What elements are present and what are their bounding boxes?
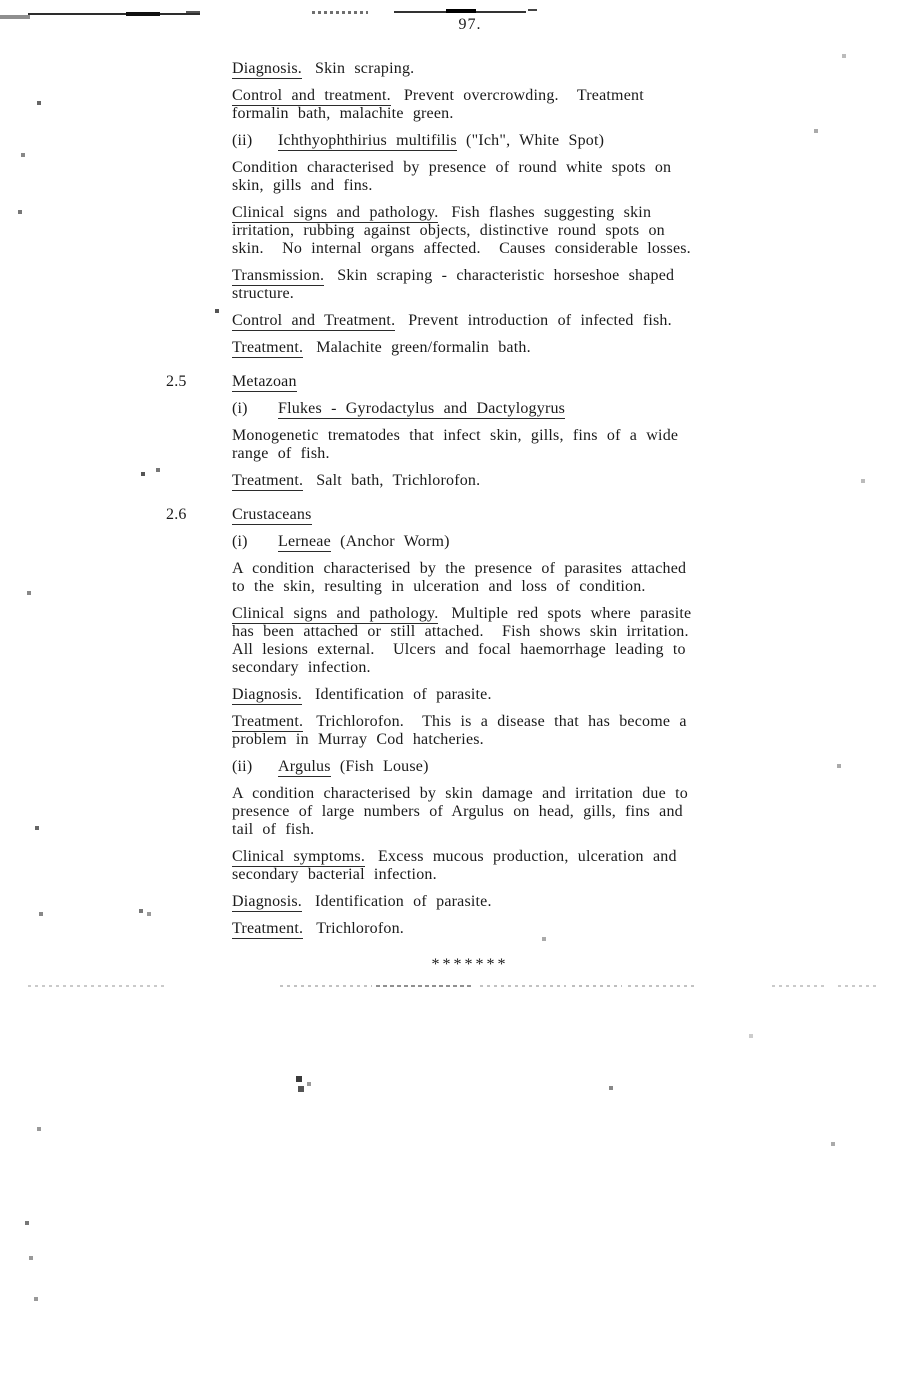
paragraph-lead: Treatment. <box>232 339 303 358</box>
document-content: Diagnosis.Skin scraping.Control and trea… <box>232 60 832 974</box>
text-line: Treatment.Trichlorofon. This is a diseas… <box>232 713 832 731</box>
text-line: Treatment.Salt bath, Trichlorofon. <box>232 472 832 490</box>
paragraph: Control and Treatment.Prevent introducti… <box>232 312 832 330</box>
item-heading: (i)Lerneae (Anchor Worm) <box>232 533 832 551</box>
paragraph-lead: Treatment. <box>232 920 303 939</box>
item-name-suffix: (Anchor Worm) <box>331 533 450 550</box>
text-line: secondary bacterial infection. <box>232 866 832 884</box>
section-number: 2.6 <box>166 506 187 524</box>
text-line: has been attached or still attached. Fis… <box>232 623 832 641</box>
item-heading: (i)Flukes - Gyrodactylus and Dactylogyru… <box>232 400 832 418</box>
item-marker: (ii) <box>232 758 278 776</box>
text-line: structure. <box>232 285 832 303</box>
scan-speckles <box>0 0 2 2</box>
text-line: Control and treatment.Prevent overcrowdi… <box>232 87 832 105</box>
item-name: Ichthyophthirius multifilis <box>278 132 457 151</box>
paragraph-lead: Diagnosis. <box>232 686 302 705</box>
paragraph: Treatment.Trichlorofon. This is a diseas… <box>232 713 832 749</box>
section-number: 2.5 <box>166 373 187 391</box>
scan-artifact-line <box>446 9 476 13</box>
text-line: Clinical signs and pathology.Multiple re… <box>232 605 832 623</box>
item-marker: (ii) <box>232 132 278 150</box>
paragraph: A condition characterised by the presenc… <box>232 560 832 596</box>
paragraph-text: Excess mucous production, ulceration and <box>378 848 677 865</box>
paragraph: Diagnosis.Skin scraping. <box>232 60 832 78</box>
scan-artifact-line <box>312 11 368 14</box>
text-line: irritation, rubbing against objects, dis… <box>232 222 832 240</box>
paragraph-text: Fish flashes suggesting skin <box>451 204 651 221</box>
scan-artifact-line <box>186 11 200 13</box>
paragraph-lead: Clinical signs and pathology. <box>232 204 438 223</box>
item-marker: (i) <box>232 400 278 418</box>
paragraph: Clinical symptoms.Excess mucous producti… <box>232 848 832 884</box>
text-line: Clinical symptoms.Excess mucous producti… <box>232 848 832 866</box>
paragraph: Clinical signs and pathology.Fish flashe… <box>232 204 832 258</box>
paragraph: Diagnosis.Identification of parasite. <box>232 686 832 704</box>
text-line: A condition characterised by skin damage… <box>232 785 832 803</box>
paragraph: A condition characterised by skin damage… <box>232 785 832 839</box>
paragraph-lead: Clinical symptoms. <box>232 848 365 867</box>
section-title: Crustaceans <box>232 506 312 525</box>
item-marker: (i) <box>232 533 278 551</box>
scan-artifact-dotted-line <box>628 985 694 987</box>
item-name: Lerneae <box>278 533 331 552</box>
scanned-document-page: 97. Diagnosis.Skin scraping.Control and … <box>0 0 900 1386</box>
scan-artifact-dotted-line <box>838 985 880 987</box>
paragraph: Clinical signs and pathology.Multiple re… <box>232 605 832 677</box>
text-line: Condition characterised by presence of r… <box>232 159 832 177</box>
text-line: presence of large numbers of Argulus on … <box>232 803 832 821</box>
paragraph: Treatment.Trichlorofon. <box>232 920 832 938</box>
scan-artifact-dotted-line <box>572 985 622 987</box>
paragraph: Treatment.Malachite green/formalin bath. <box>232 339 832 357</box>
paragraph-lead: Control and treatment. <box>232 87 391 106</box>
text-line: All lesions external. Ulcers and focal h… <box>232 641 832 659</box>
item-heading: (ii)Ichthyophthirius multifilis ("Ich", … <box>232 132 832 150</box>
scan-artifact-dotted-line <box>772 985 828 987</box>
text-line: to the skin, resulting in ulceration and… <box>232 578 832 596</box>
text-line: A condition characterised by the presenc… <box>232 560 832 578</box>
text-line: Transmission.Skin scraping - characteris… <box>232 267 832 285</box>
section-heading: 2.5Metazoan <box>232 373 832 391</box>
scan-artifact-dotted-line <box>376 985 472 987</box>
scan-artifact-dotted-line <box>28 985 168 987</box>
paragraph-lead: Control and Treatment. <box>232 312 395 331</box>
paragraph-text: Prevent overcrowding. Treatment <box>404 87 644 104</box>
item-heading: (ii)Argulus (Fish Louse) <box>232 758 832 776</box>
paragraph-lead: Treatment. <box>232 472 303 491</box>
text-line: Treatment.Trichlorofon. <box>232 920 832 938</box>
text-line: Control and Treatment.Prevent introducti… <box>232 312 832 330</box>
paragraph-lead: Diagnosis. <box>232 60 302 79</box>
paragraph-text: Skin scraping - characteristic horseshoe… <box>337 267 674 284</box>
paragraph: Control and treatment.Prevent overcrowdi… <box>232 87 832 123</box>
text-line: problem in Murray Cod hatcheries. <box>232 731 832 749</box>
item-name: Argulus <box>278 758 331 777</box>
text-line: skin, gills and fins. <box>232 177 832 195</box>
text-line: tail of fish. <box>232 821 832 839</box>
paragraph-text: Trichlorofon. This is a disease that has… <box>316 713 687 730</box>
section-title: Metazoan <box>232 373 297 392</box>
item-name-suffix: ("Ich", White Spot) <box>457 132 604 149</box>
paragraph-text: Salt bath, Trichlorofon. <box>316 472 480 489</box>
section-heading: 2.6Crustaceans <box>232 506 832 524</box>
item-name: Flukes - Gyrodactylus and Dactylogyrus <box>278 400 565 419</box>
paragraph-lead: Diagnosis. <box>232 893 302 912</box>
paragraph-text: Skin scraping. <box>315 60 414 77</box>
end-marker: ******* <box>170 956 770 974</box>
text-line: Diagnosis.Identification of parasite. <box>232 893 832 911</box>
page-number: 97. <box>40 16 900 34</box>
paragraph-text: Trichlorofon. <box>316 920 404 937</box>
text-line: skin. No internal organs affected. Cause… <box>232 240 832 258</box>
scan-artifact-line <box>0 15 30 19</box>
text-line: Diagnosis.Identification of parasite. <box>232 686 832 704</box>
text-line: Clinical signs and pathology.Fish flashe… <box>232 204 832 222</box>
paragraph-text: Multiple red spots where parasite <box>451 605 691 622</box>
scan-artifact-line <box>528 9 537 11</box>
text-line: Treatment.Malachite green/formalin bath. <box>232 339 832 357</box>
paragraph-text: Identification of parasite. <box>315 686 492 703</box>
scan-artifact-dotted-line <box>480 985 566 987</box>
text-line: secondary infection. <box>232 659 832 677</box>
paragraph-lead: Treatment. <box>232 713 303 732</box>
paragraph: Treatment.Salt bath, Trichlorofon. <box>232 472 832 490</box>
paragraph-text: Malachite green/formalin bath. <box>316 339 531 356</box>
text-line: formalin bath, malachite green. <box>232 105 832 123</box>
text-line: Monogenetic trematodes that infect skin,… <box>232 427 832 445</box>
item-name-suffix: (Fish Louse) <box>331 758 429 775</box>
paragraph: Diagnosis.Identification of parasite. <box>232 893 832 911</box>
paragraph-lead: Transmission. <box>232 267 324 286</box>
scan-artifact-dotted-line <box>280 985 372 987</box>
text-line: range of fish. <box>232 445 832 463</box>
paragraph-text: Identification of parasite. <box>315 893 492 910</box>
paragraph: Monogenetic trematodes that infect skin,… <box>232 427 832 463</box>
paragraph-text: Prevent introduction of infected fish. <box>408 312 672 329</box>
paragraph: Condition characterised by presence of r… <box>232 159 832 195</box>
scan-artifact-line <box>28 13 200 15</box>
paragraph: Transmission.Skin scraping - characteris… <box>232 267 832 303</box>
paragraph-lead: Clinical signs and pathology. <box>232 605 438 624</box>
text-line: Diagnosis.Skin scraping. <box>232 60 832 78</box>
